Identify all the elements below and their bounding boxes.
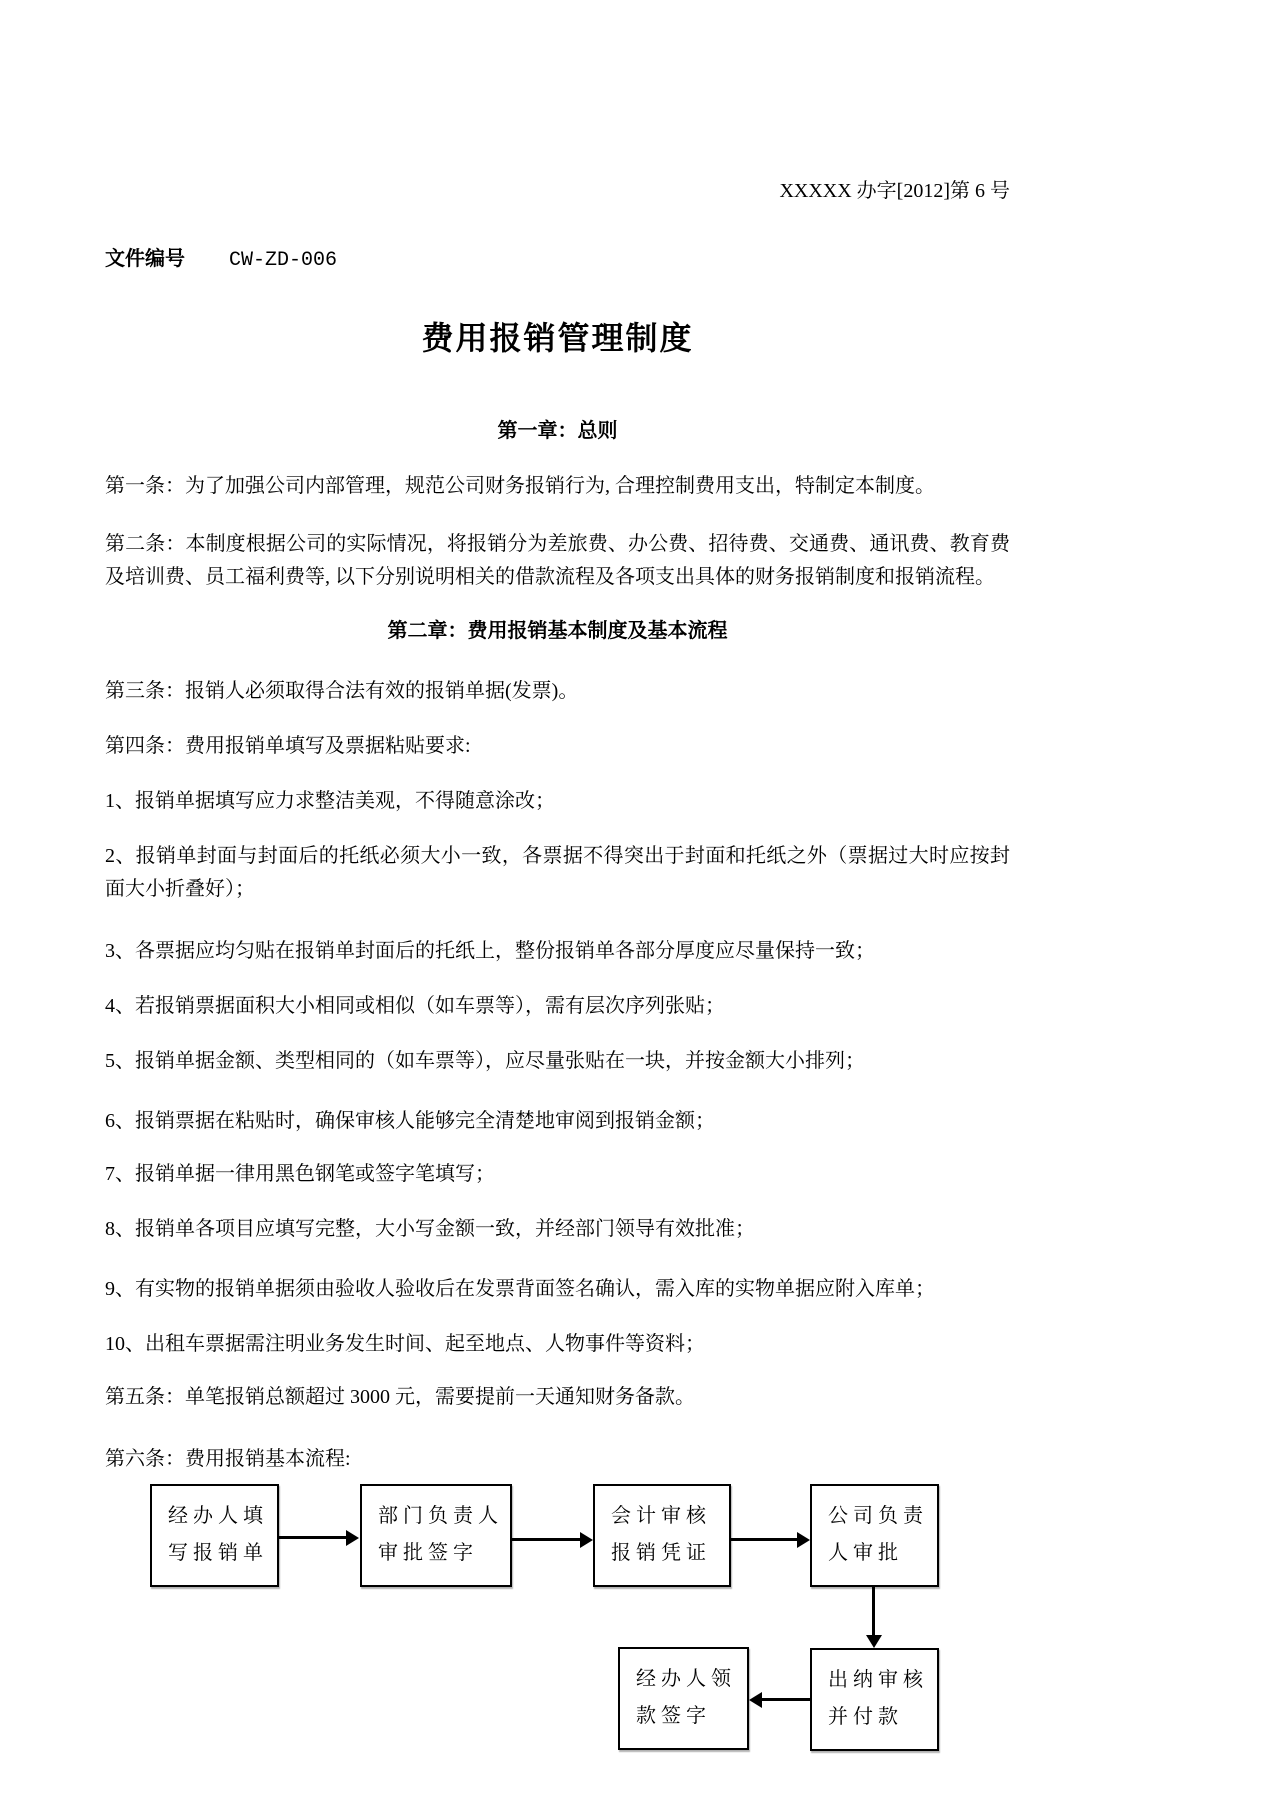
flow-step-label: 经办人填 [168, 1498, 277, 1535]
flow-step-label: 公司负责 [828, 1498, 937, 1535]
list-item-10: 10、出租车票据需注明业务发生时间、起至地点、人物事件等资料； [105, 1328, 1010, 1361]
file-number-line: 文件编号CW-ZD-006 [105, 243, 337, 277]
flow-step-label: 部门负责人 [378, 1498, 510, 1535]
flow-step-dept-approval: 部门负责人 审批签字 [360, 1484, 512, 1587]
arrow-right-step2-step3 [512, 1538, 580, 1541]
article-6: 第六条：费用报销基本流程: [105, 1443, 1010, 1476]
flow-step-label: 人审批 [828, 1535, 937, 1572]
flow-step-accounting-review: 会计审核 报销凭证 [593, 1484, 731, 1587]
list-item-3: 3、各票据应均匀贴在报销单封面后的托纸上，整份报销单各部分厚度应尽量保持一致； [105, 935, 1010, 968]
article-1: 第一条：为了加强公司内部管理，规范公司财务报销行为, 合理控制费用支出，特制定本… [105, 470, 1010, 503]
flow-step-label: 出纳审核 [828, 1662, 937, 1699]
list-item-7: 7、报销单据一律用黑色钢笔或签字笔填写； [105, 1158, 1010, 1191]
list-item-2: 2、报销单封面与封面后的托纸必须大小一致，各票据不得突出于封面和托纸之外（票据过… [105, 840, 1010, 906]
file-number-value: CW-ZD-006 [229, 249, 337, 272]
list-item-1: 1、报销单据填写应力求整洁美观，不得随意涂改； [105, 785, 1010, 818]
list-item-9: 9、有实物的报销单据须由验收人验收后在发票背面签名确认，需入库的实物单据应附入库… [105, 1273, 1010, 1306]
flow-step-label: 经办人领 [636, 1661, 747, 1698]
list-item-8: 8、报销单各项目应填写完整，大小写金额一致，并经部门领导有效批准； [105, 1213, 1010, 1246]
flow-step-sign-receipt: 经办人领 款签字 [618, 1647, 749, 1750]
chapter1-heading: 第一章：总则 [105, 415, 1010, 448]
arrow-left-step5-step6 [762, 1698, 810, 1701]
flow-step-label: 并付款 [828, 1699, 937, 1736]
arrow-right-step3-step4 [731, 1538, 797, 1541]
article-2: 第二条：本制度根据公司的实际情况，将报销分为差旅费、办公费、招待费、交通费、通讯… [105, 528, 1010, 594]
flow-step-label: 报销凭证 [611, 1535, 729, 1572]
file-number-label: 文件编号 [105, 248, 185, 270]
flow-step-label: 会计审核 [611, 1498, 729, 1535]
page-title: 费用报销管理制度 [105, 318, 1010, 358]
article-3: 第三条：报销人必须取得合法有效的报销单据(发票)。 [105, 675, 1010, 708]
flow-step-label: 款签字 [636, 1698, 747, 1735]
flow-step-label: 写报销单 [168, 1535, 277, 1572]
article-4: 第四条：费用报销单填写及票据粘贴要求: [105, 730, 1010, 763]
arrow-down-step4-step5 [872, 1587, 875, 1635]
article-5: 第五条：单笔报销总额超过 3000 元，需要提前一天通知财务备款。 [105, 1381, 1010, 1414]
list-item-6: 6、报销票据在粘贴时，确保审核人能够完全清楚地审阅到报销金额； [105, 1105, 1010, 1138]
flow-step-company-approval: 公司负责 人审批 [810, 1484, 939, 1587]
doc-ref-number: XXXXX 办字[2012]第 6 号 [105, 175, 1010, 208]
list-item-4: 4、若报销票据面积大小相同或相似（如车票等），需有层次序列张贴； [105, 990, 1010, 1023]
flow-step-label: 审批签字 [378, 1535, 510, 1572]
flow-step-fill-form: 经办人填 写报销单 [150, 1484, 279, 1587]
list-item-5: 5、报销单据金额、类型相同的（如车票等），应尽量张贴在一块，并按金额大小排列； [105, 1045, 1010, 1078]
flow-step-cashier-payment: 出纳审核 并付款 [810, 1648, 939, 1751]
document-page: XXXXX 办字[2012]第 6 号 文件编号CW-ZD-006 费用报销管理… [0, 0, 1280, 1810]
chapter2-heading: 第二章：费用报销基本制度及基本流程 [105, 615, 1010, 648]
arrow-right-step1-step2 [279, 1536, 346, 1539]
